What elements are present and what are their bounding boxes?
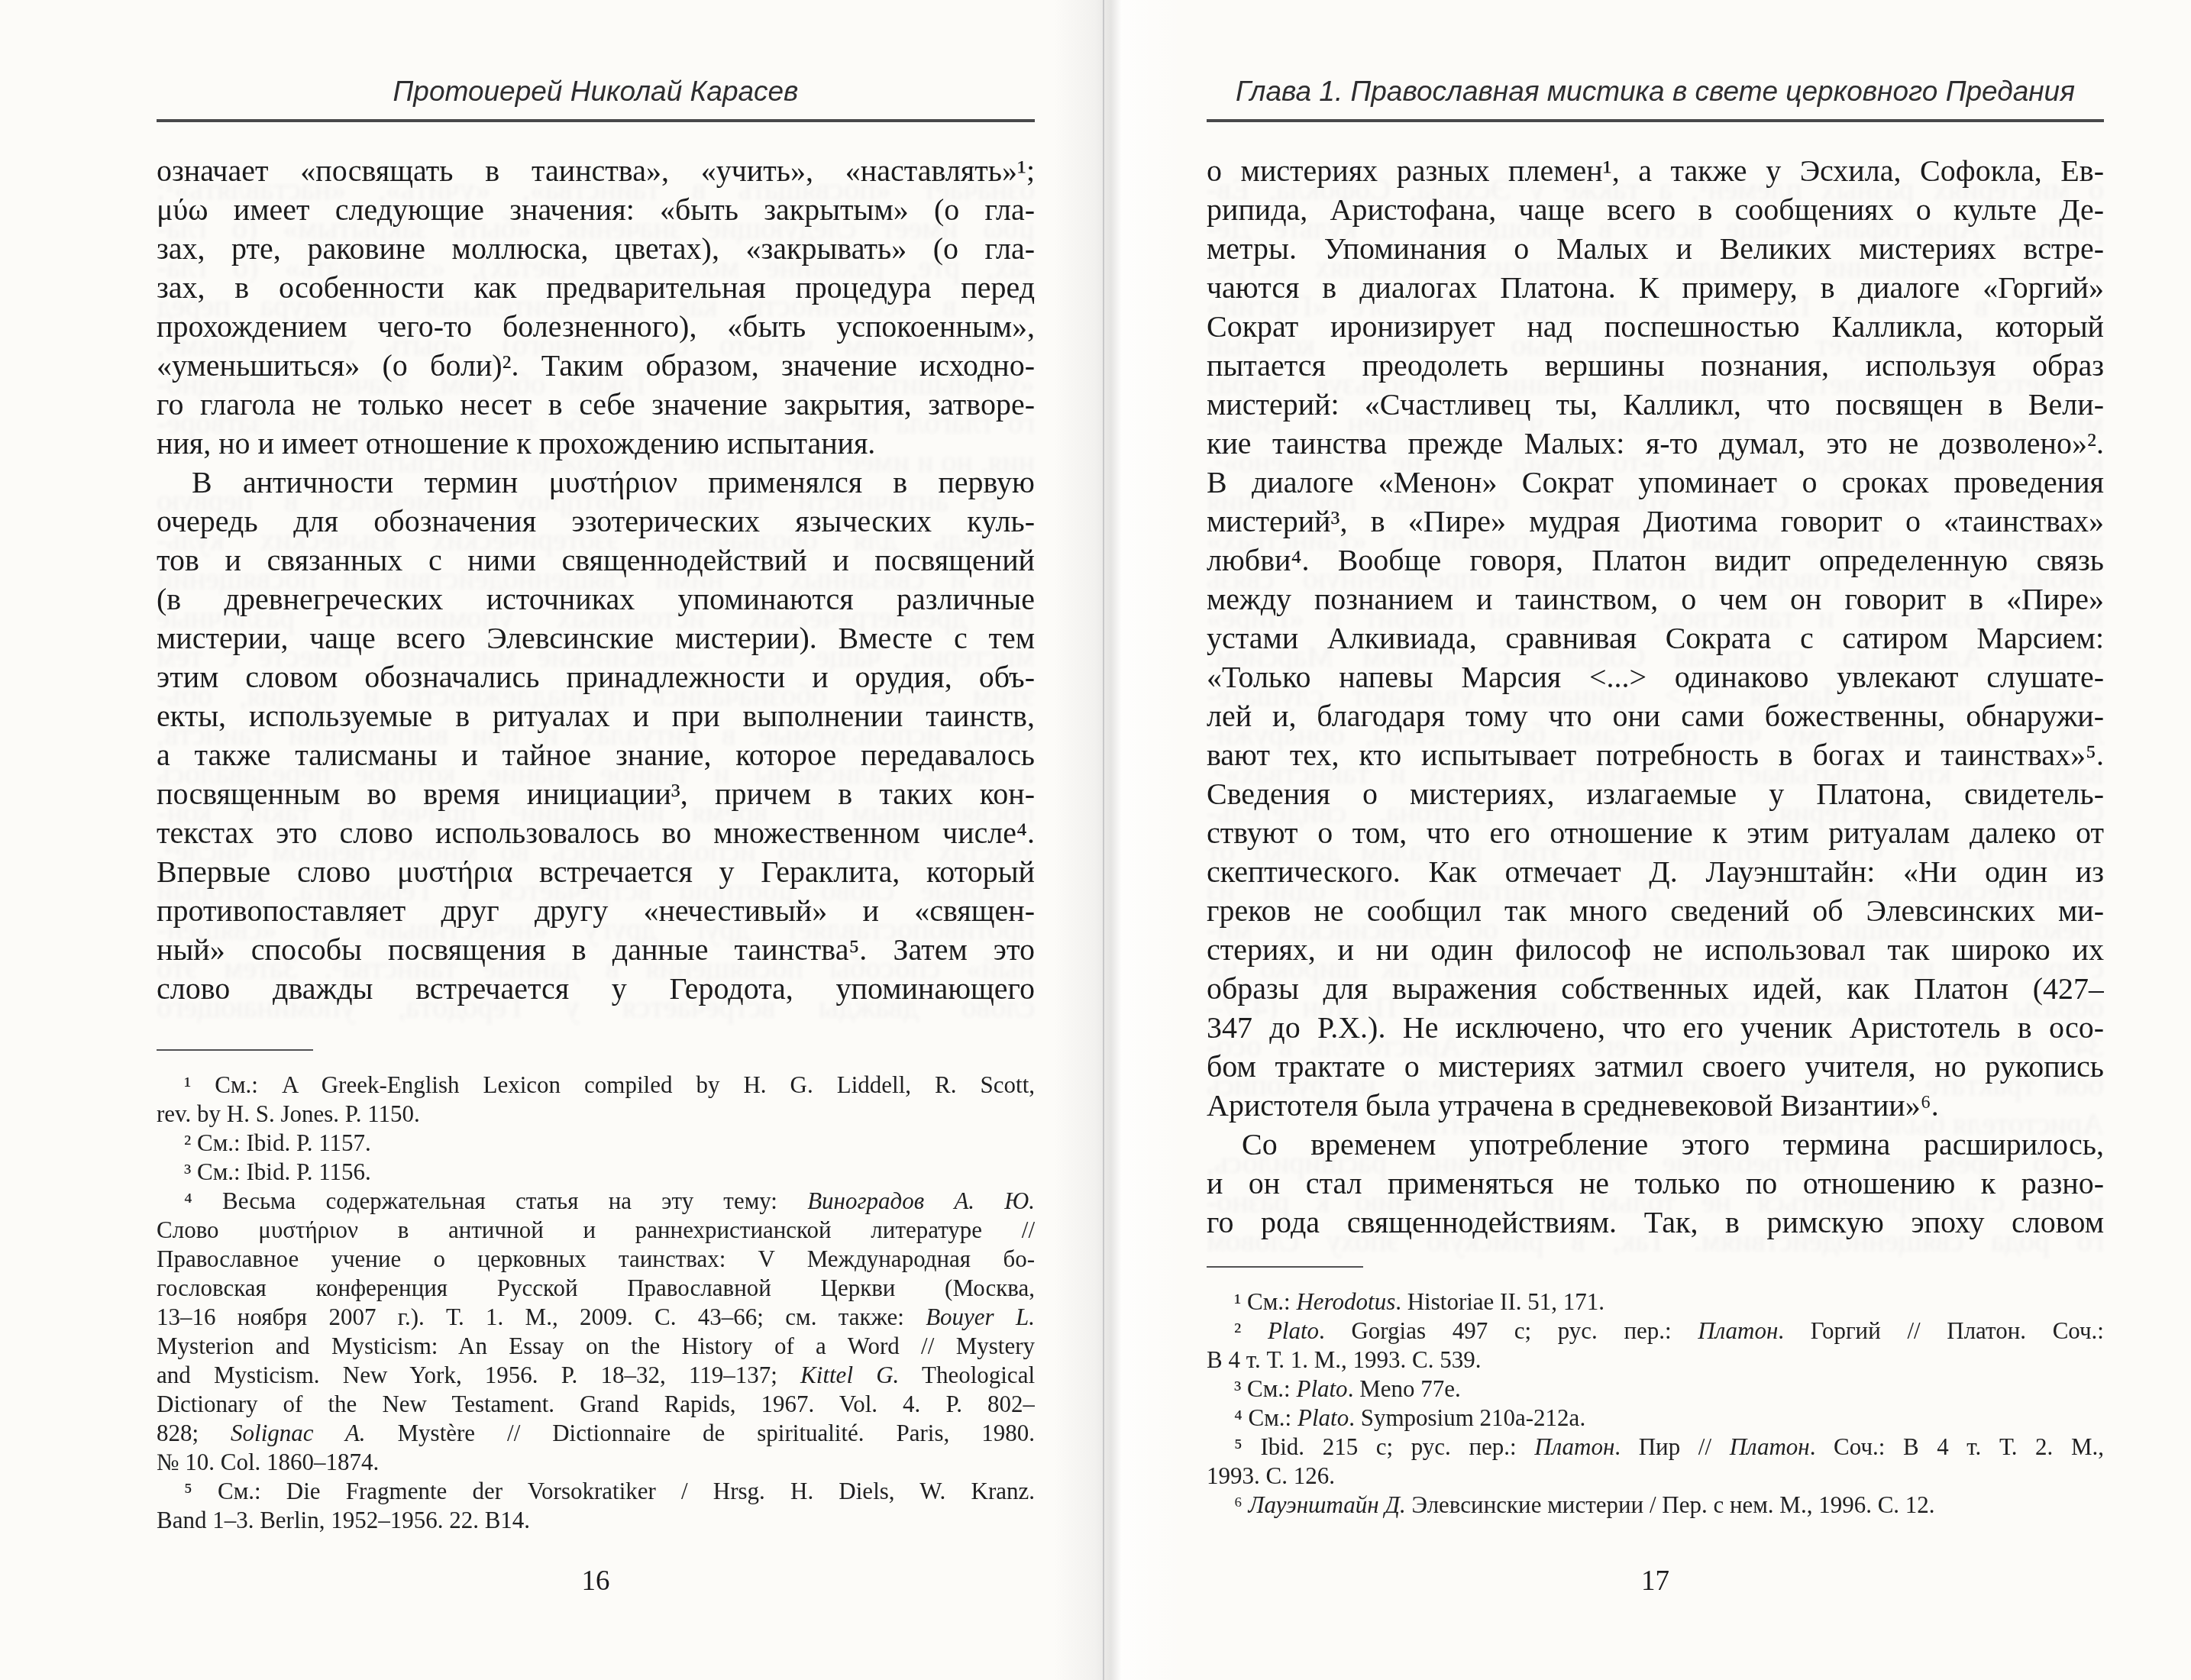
body-line: скептического. Как отмечает Д. Лауэнштай…	[1207, 852, 2104, 891]
body-line: Сведения о мистериях, излагаемые у Плато…	[1207, 774, 2104, 813]
footnote-line: ⁵ Ibid. 215 c; рус. пер.: Платон. Пир //…	[1207, 1433, 2104, 1462]
body-line: чаются в диалогах Платона. К примеру, в …	[1207, 268, 2104, 307]
body-line: текстах это слово использовалось во множ…	[157, 813, 1035, 852]
footnote-separator	[1207, 1266, 1363, 1268]
footnote-line: ² Plato. Gorgias 497 c; рус. пер.: Плато…	[1207, 1317, 2104, 1346]
footnote-line: В 4 т. Т. 1. М., 1993. С. 539.	[1207, 1346, 2104, 1375]
footnote-line: ⁴ Весьма содержательная статья на эту те…	[157, 1187, 1035, 1216]
body-line: ный» способы посвящения в данные таинств…	[157, 930, 1035, 969]
body-line: бом трактате о мистериях затмил своего у…	[1207, 1047, 2104, 1086]
body-line: «уменьшиться» (о боли)². Таким образом, …	[157, 346, 1035, 385]
body-line: В античности термин μυστήριον применялся…	[157, 463, 1035, 502]
body-line: о мистериях разных племен¹, а также у Эс…	[1207, 151, 2104, 190]
footnote-line: ⁵ См.: Die Fragmente der Vorsokratiker /…	[157, 1477, 1035, 1506]
body-line: ствуют о том, что его отношение к этим р…	[1207, 813, 2104, 852]
body-line: слово дважды встречается у Геродота, упо…	[157, 969, 1035, 1008]
gutter-shadow	[1054, 0, 1184, 1680]
footnote-line: 828; Solignac A. Mystère // Dictionnaire…	[157, 1419, 1035, 1448]
body-line: означает «посвящать в таинства», «учить»…	[157, 151, 1035, 190]
body-line: μύω имеет следующие значения: «быть закр…	[157, 190, 1035, 229]
body-line: лей и, благодаря тому что они сами божес…	[1207, 696, 2104, 735]
footnote-line: гословская конференция Русской Православ…	[157, 1274, 1035, 1303]
footnote-separator	[157, 1049, 313, 1051]
body-line: посвященным во время инициации³, причем …	[157, 774, 1035, 813]
body-line: го рода священнодействиям. Так, в римску…	[1207, 1203, 2104, 1242]
page-header: Протоиерей Николай Карасев	[157, 75, 1035, 108]
body-line: Впервые слово μυστήρια встречается у Гер…	[157, 852, 1035, 891]
footnote-line: Mysterion and Mysticism: An Essay on the…	[157, 1332, 1035, 1361]
body-line: Сократ иронизирует над поспешностью Калл…	[1207, 307, 2104, 346]
page-number: 17	[1207, 1565, 2104, 1598]
footnote-line: Band 1–3. Berlin, 1952–1956. 22. B14.	[157, 1506, 1035, 1535]
body-line: мистерии, чаще всего Элевсинские мистери…	[157, 619, 1035, 657]
body-line: между познанием и таинством, о чем он го…	[1207, 580, 2104, 619]
body-line: противопоставляет друг другу «нечестивый…	[157, 891, 1035, 930]
book-spread: Протоиерей Николай Карасев означает «пос…	[0, 0, 2191, 1680]
body-line: вают тех, кто испытывает потребность в б…	[1207, 735, 2104, 774]
header-rule	[1207, 119, 2104, 122]
body-line: зах, в особенности как предварительная п…	[157, 268, 1035, 307]
body-line: тов и связанных с ними священнодействий …	[157, 541, 1035, 580]
body-line: «Только напевы Марсия <...> одинаково ув…	[1207, 657, 2104, 696]
body-line: кие таинства прежде Малых: я-то думал, э…	[1207, 424, 2104, 463]
header-rule	[157, 119, 1035, 122]
footnote-line: ³ См.: Ibid. P. 1156.	[157, 1158, 1035, 1187]
footnote-line: 13–16 ноября 2007 г.). Т. 1. М., 2009. С…	[157, 1303, 1035, 1332]
body-line: метры. Упоминания о Малых и Великих мист…	[1207, 229, 2104, 268]
footnote-line: ⁶ Лауэнштайн Д. Элевсинские мистерии / П…	[1207, 1491, 2104, 1520]
body-line: стериях, и ни один философ не использова…	[1207, 930, 2104, 969]
footnote-line: rev. by H. S. Jones. P. 1150.	[157, 1100, 1035, 1129]
footnote-line: ² См.: Ibid. P. 1157.	[157, 1129, 1035, 1158]
gutter-line	[1103, 0, 1104, 1680]
body-line: 347 до Р.Х.). Не исключено, что его учен…	[1207, 1008, 2104, 1047]
footnotes: ¹ См.: Herodotus. Historiae II. 51, 171.…	[1207, 1287, 2104, 1520]
footnote-line: ¹ См.: A Greek-English Lexicon compiled …	[157, 1071, 1035, 1100]
footnote-line: № 10. Col. 1860–1874.	[157, 1448, 1035, 1477]
footnote-line: ¹ См.: Herodotus. Historiae II. 51, 171.	[1207, 1287, 2104, 1317]
footnotes: ¹ См.: A Greek-English Lexicon compiled …	[157, 1071, 1035, 1535]
body-line: В диалоге «Менон» Сократ упоминает о сро…	[1207, 463, 2104, 502]
body-line: екты, используемые в ритуалах и при выпо…	[157, 696, 1035, 735]
footnote-line: Православное учение о церковных таинства…	[157, 1245, 1035, 1274]
body-line: и он стал применяться не только по отнош…	[1207, 1164, 2104, 1203]
body-line: Аристотеля была утрачена в средневековой…	[1207, 1086, 2104, 1125]
body-line: прохождением чего-то болезненного), «быт…	[157, 307, 1035, 346]
footnote-line: ⁴ См.: Plato. Symposium 210a-212a.	[1207, 1404, 2104, 1433]
body-line: мистерий³, в «Пире» мудрая Диотима говор…	[1207, 502, 2104, 541]
right-page: Глава 1. Православная мистика в свете це…	[1207, 0, 2104, 1680]
page-body: о мистериях разных племен¹, а также у Эс…	[1207, 151, 2104, 1242]
footnote-line: 1993. С. 126.	[1207, 1462, 2104, 1491]
body-line: очередь для обозначения эзотерических яз…	[157, 502, 1035, 541]
footnote-line: and Mysticism. New York, 1956. P. 18–32,…	[157, 1361, 1035, 1390]
body-line: этим словом обозначались принадлежности …	[157, 657, 1035, 696]
page-header: Глава 1. Православная мистика в свете це…	[1207, 75, 2104, 108]
body-line: греков не сообщил так много сведений об …	[1207, 891, 2104, 930]
body-line: Со временем употребление этого термина р…	[1207, 1125, 2104, 1164]
body-line: рипида, Аристофана, чаще всего в сообщен…	[1207, 190, 2104, 229]
body-line: образы для выражения собственных идей, к…	[1207, 969, 2104, 1008]
footnote-line: Dictionary of the New Testament. Grand R…	[157, 1390, 1035, 1419]
left-page: Протоиерей Николай Карасев означает «пос…	[157, 0, 1035, 1680]
footnote-line: Слово μυστήριον в античной и раннехристи…	[157, 1216, 1035, 1245]
body-line: мистерий: «Счастливец ты, Калликл, что п…	[1207, 385, 2104, 424]
body-line: устами Алкивиада, сравнивая Сократа с са…	[1207, 619, 2104, 657]
page-body: означает «посвящать в таинства», «учить»…	[157, 151, 1035, 1008]
body-line: (в древнегреческих источниках упоминаютс…	[157, 580, 1035, 619]
body-line: любви⁴. Вообще говоря, Платон видит опре…	[1207, 541, 2104, 580]
body-line: го глагола не только несет в себе значен…	[157, 385, 1035, 424]
page-number: 16	[157, 1565, 1035, 1598]
body-line: пытается преодолеть вершины познания, ис…	[1207, 346, 2104, 385]
body-line: а также талисманы и тайное знание, котор…	[157, 735, 1035, 774]
body-line: ния, но и имеет отношение к прохождению …	[157, 424, 1035, 463]
body-line: зах, рте, раковине моллюска, цветах), «з…	[157, 229, 1035, 268]
footnote-line: ³ См.: Plato. Meno 77e.	[1207, 1375, 2104, 1404]
